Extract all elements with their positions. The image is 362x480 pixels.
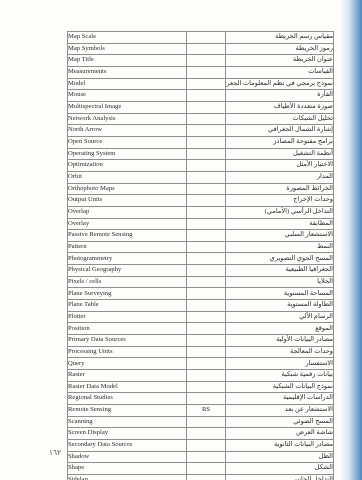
term-arabic: صورة متعددة الأطياف — [226, 101, 334, 113]
term-abbreviation — [187, 451, 226, 463]
table-row: Query الاستفسار — [68, 358, 334, 370]
table-row: Scanning المسح الضوئي — [68, 416, 334, 428]
term-arabic: الجغرافيا الطبيعية — [226, 265, 334, 277]
term-abbreviation — [187, 195, 226, 207]
table-row: Output Units وحدات الإخراج — [68, 195, 334, 207]
term-abbreviation — [187, 428, 226, 440]
term-arabic: الخرائط المصورة — [226, 183, 334, 195]
term-english: Photogrammetry — [68, 253, 187, 265]
term-english: Output Units — [68, 195, 187, 207]
term-arabic: الرسام الآلي — [226, 311, 334, 323]
term-english: Remote Sensing — [68, 405, 187, 417]
table-row: Map Symbols رموز الخريطة — [68, 43, 334, 55]
table-row: Raster Data Model نموذج البيانات الشبكية — [68, 381, 334, 393]
table-row: Pattern النمط — [68, 241, 334, 253]
term-abbreviation — [187, 463, 226, 475]
term-arabic: المساحة المستوية — [226, 288, 334, 300]
term-english: Open Source — [68, 136, 187, 148]
term-abbreviation — [187, 113, 226, 125]
term-english: Map Title — [68, 55, 187, 67]
term-arabic: أنظمة التشغيل — [226, 148, 334, 160]
term-arabic: الدراسات الإقليمية — [226, 393, 334, 405]
term-arabic: نموذج البيانات الشبكية — [226, 381, 334, 393]
term-english: Plotter — [68, 311, 187, 323]
table-row: Processing Units وحدات المعالجة — [68, 346, 334, 358]
term-abbreviation — [187, 276, 226, 288]
term-english: Network Analysis — [68, 113, 187, 125]
term-abbreviation — [187, 311, 226, 323]
term-english: Overlap — [68, 206, 187, 218]
term-arabic: المسح الضوئي — [226, 416, 334, 428]
term-abbreviation — [187, 241, 226, 253]
term-english: Orthophoto Maps — [68, 183, 187, 195]
table-row: Plane Table الطاولة المستوية — [68, 300, 334, 312]
term-abbreviation — [187, 171, 226, 183]
table-row: Optimization الاختيار الأمثل — [68, 160, 334, 172]
term-abbreviation — [187, 288, 226, 300]
term-arabic: الاستفسار — [226, 358, 334, 370]
term-english: Primary Data Sources — [68, 335, 187, 347]
book-edge-shading — [340, 0, 362, 480]
term-english: Pixels / cells — [68, 276, 187, 288]
term-arabic: الخلايا — [226, 276, 334, 288]
term-arabic: وحدات الإخراج — [226, 195, 334, 207]
term-arabic: مصادر البيانات الثانوية — [226, 439, 334, 451]
term-abbreviation — [187, 335, 226, 347]
term-english: Orbit — [68, 171, 187, 183]
table-row: Physical Geography الجغرافيا الطبيعية — [68, 265, 334, 277]
table-row: Passive Remote Sensing الاستشعار السلبي — [68, 230, 334, 242]
term-english: Plane Table — [68, 300, 187, 312]
term-english: Mouse — [68, 90, 187, 102]
table-row: Map Title عنوان الخريطة — [68, 55, 334, 67]
glossary-table: Map Scale مقياس رسم الخريطة Map Symbols … — [67, 31, 334, 480]
term-abbreviation — [187, 148, 226, 160]
term-abbreviation — [187, 78, 226, 90]
term-abbreviation — [187, 439, 226, 451]
term-english: Optimization — [68, 160, 187, 172]
term-abbreviation — [187, 206, 226, 218]
table-row: Mouse الفأرة — [68, 90, 334, 102]
term-english: Processing Units — [68, 346, 187, 358]
table-row: Primary Data Sources مصادر البيانات الأو… — [68, 335, 334, 347]
term-arabic: نموذج برمجي في نظم المعلومات الجغرافية — [226, 78, 334, 90]
glossary-table-body: Map Scale مقياس رسم الخريطة Map Symbols … — [68, 32, 334, 480]
table-row: Remote Sensing RS الاستشعار عن بعد — [68, 405, 334, 417]
term-english: Screen Display — [68, 428, 187, 440]
table-row: Measurements القياسات — [68, 66, 334, 78]
page-number: ١٦٢ — [49, 448, 61, 457]
term-arabic: الاستشعار السلبي — [226, 230, 334, 242]
term-english: Shadow — [68, 451, 187, 463]
table-row: Multispectral Image صورة متعددة الأطياف — [68, 101, 334, 113]
term-abbreviation — [187, 90, 226, 102]
table-row: Shape الشكل — [68, 463, 334, 475]
term-arabic: وحدات المعالجة — [226, 346, 334, 358]
term-english: Sidelap — [68, 474, 187, 480]
term-arabic: بيانات رقمية شبكية — [226, 370, 334, 382]
term-english: Operating System — [68, 148, 187, 160]
term-arabic: إشارة الشمال الجغرافي — [226, 125, 334, 137]
table-row: Secondary Data Sources مصادر البيانات ال… — [68, 439, 334, 451]
table-row: Operating System أنظمة التشغيل — [68, 148, 334, 160]
term-arabic: الشكل — [226, 463, 334, 475]
table-row: Orthophoto Maps الخرائط المصورة — [68, 183, 334, 195]
term-english: Scanning — [68, 416, 187, 428]
term-arabic: الاستشعار عن بعد — [226, 405, 334, 417]
term-abbreviation — [187, 230, 226, 242]
term-english: Plane Surveying — [68, 288, 187, 300]
table-row: Orbit المدار — [68, 171, 334, 183]
term-abbreviation — [187, 218, 226, 230]
term-english: Raster — [68, 370, 187, 382]
term-abbreviation — [187, 101, 226, 113]
term-english: Map Symbols — [68, 43, 187, 55]
term-abbreviation — [187, 32, 226, 44]
term-arabic: مصادر البيانات الأولية — [226, 335, 334, 347]
term-abbreviation — [187, 183, 226, 195]
term-english: Shape — [68, 463, 187, 475]
term-abbreviation — [187, 253, 226, 265]
term-arabic: رموز الخريطة — [226, 43, 334, 55]
term-arabic: المطابقة — [226, 218, 334, 230]
term-abbreviation — [187, 358, 226, 370]
term-arabic: عنوان الخريطة — [226, 55, 334, 67]
table-row: Regional Studies الدراسات الإقليمية — [68, 393, 334, 405]
term-arabic: المسح الجوي التصويري — [226, 253, 334, 265]
scanned-glossary-page: Map Scale مقياس رسم الخريطة Map Symbols … — [0, 0, 362, 480]
table-row: Network Analysis تحليل الشبكات — [68, 113, 334, 125]
table-row: Model نموذج برمجي في نظم المعلومات الجغر… — [68, 78, 334, 90]
term-english: Raster Data Model — [68, 381, 187, 393]
term-abbreviation: RS — [187, 405, 226, 417]
table-row: Position الموقع — [68, 323, 334, 335]
term-arabic: الفأرة — [226, 90, 334, 102]
term-abbreviation — [187, 474, 226, 480]
term-arabic: تحليل الشبكات — [226, 113, 334, 125]
term-english: Secondary Data Sources — [68, 439, 187, 451]
term-abbreviation — [187, 265, 226, 277]
term-abbreviation — [187, 300, 226, 312]
term-abbreviation — [187, 381, 226, 393]
term-arabic: مقياس رسم الخريطة — [226, 32, 334, 44]
term-arabic: النمط — [226, 241, 334, 253]
term-abbreviation — [187, 55, 226, 67]
table-row: Map Scale مقياس رسم الخريطة — [68, 32, 334, 44]
term-abbreviation — [187, 66, 226, 78]
table-row: Photogrammetry المسح الجوي التصويري — [68, 253, 334, 265]
term-english: Measurements — [68, 66, 187, 78]
term-english: Passive Remote Sensing — [68, 230, 187, 242]
term-abbreviation — [187, 136, 226, 148]
term-english: Map Scale — [68, 32, 187, 44]
term-english: Regional Studies — [68, 393, 187, 405]
term-abbreviation — [187, 125, 226, 137]
table-row: Open Source برامج مفتوحة المصادر — [68, 136, 334, 148]
table-row: Screen Display شاشة العرض — [68, 428, 334, 440]
table-row: Sidelap التداخل الجانبي — [68, 474, 334, 480]
term-arabic: الظل — [226, 451, 334, 463]
term-arabic: التداخل الرأسي (الأمامي) — [226, 206, 334, 218]
term-arabic: برامج مفتوحة المصادر — [226, 136, 334, 148]
table-row: Pixels / cells الخلايا — [68, 276, 334, 288]
term-arabic: الطاولة المستوية — [226, 300, 334, 312]
term-abbreviation — [187, 393, 226, 405]
table-row: Overlap التداخل الرأسي (الأمامي) — [68, 206, 334, 218]
term-english: North Arrow — [68, 125, 187, 137]
term-abbreviation — [187, 416, 226, 428]
table-row: North Arrow إشارة الشمال الجغرافي — [68, 125, 334, 137]
term-english: Multispectral Image — [68, 101, 187, 113]
term-arabic: الاختيار الأمثل — [226, 160, 334, 172]
term-abbreviation — [187, 370, 226, 382]
term-english: Query — [68, 358, 187, 370]
term-abbreviation — [187, 323, 226, 335]
table-row: Overlay المطابقة — [68, 218, 334, 230]
table-row: Shadow الظل — [68, 451, 334, 463]
table-row: Raster بيانات رقمية شبكية — [68, 370, 334, 382]
term-english: Pattern — [68, 241, 187, 253]
term-english: Position — [68, 323, 187, 335]
term-arabic: المدار — [226, 171, 334, 183]
term-arabic: التداخل الجانبي — [226, 474, 334, 480]
term-arabic: شاشة العرض — [226, 428, 334, 440]
term-arabic: القياسات — [226, 66, 334, 78]
term-abbreviation — [187, 346, 226, 358]
term-english: Model — [68, 78, 187, 90]
term-abbreviation — [187, 160, 226, 172]
table-row: Plotter الرسام الآلي — [68, 311, 334, 323]
term-arabic: الموقع — [226, 323, 334, 335]
term-english: Physical Geography — [68, 265, 187, 277]
table-row: Plane Surveying المساحة المستوية — [68, 288, 334, 300]
term-english: Overlay — [68, 218, 187, 230]
term-abbreviation — [187, 43, 226, 55]
